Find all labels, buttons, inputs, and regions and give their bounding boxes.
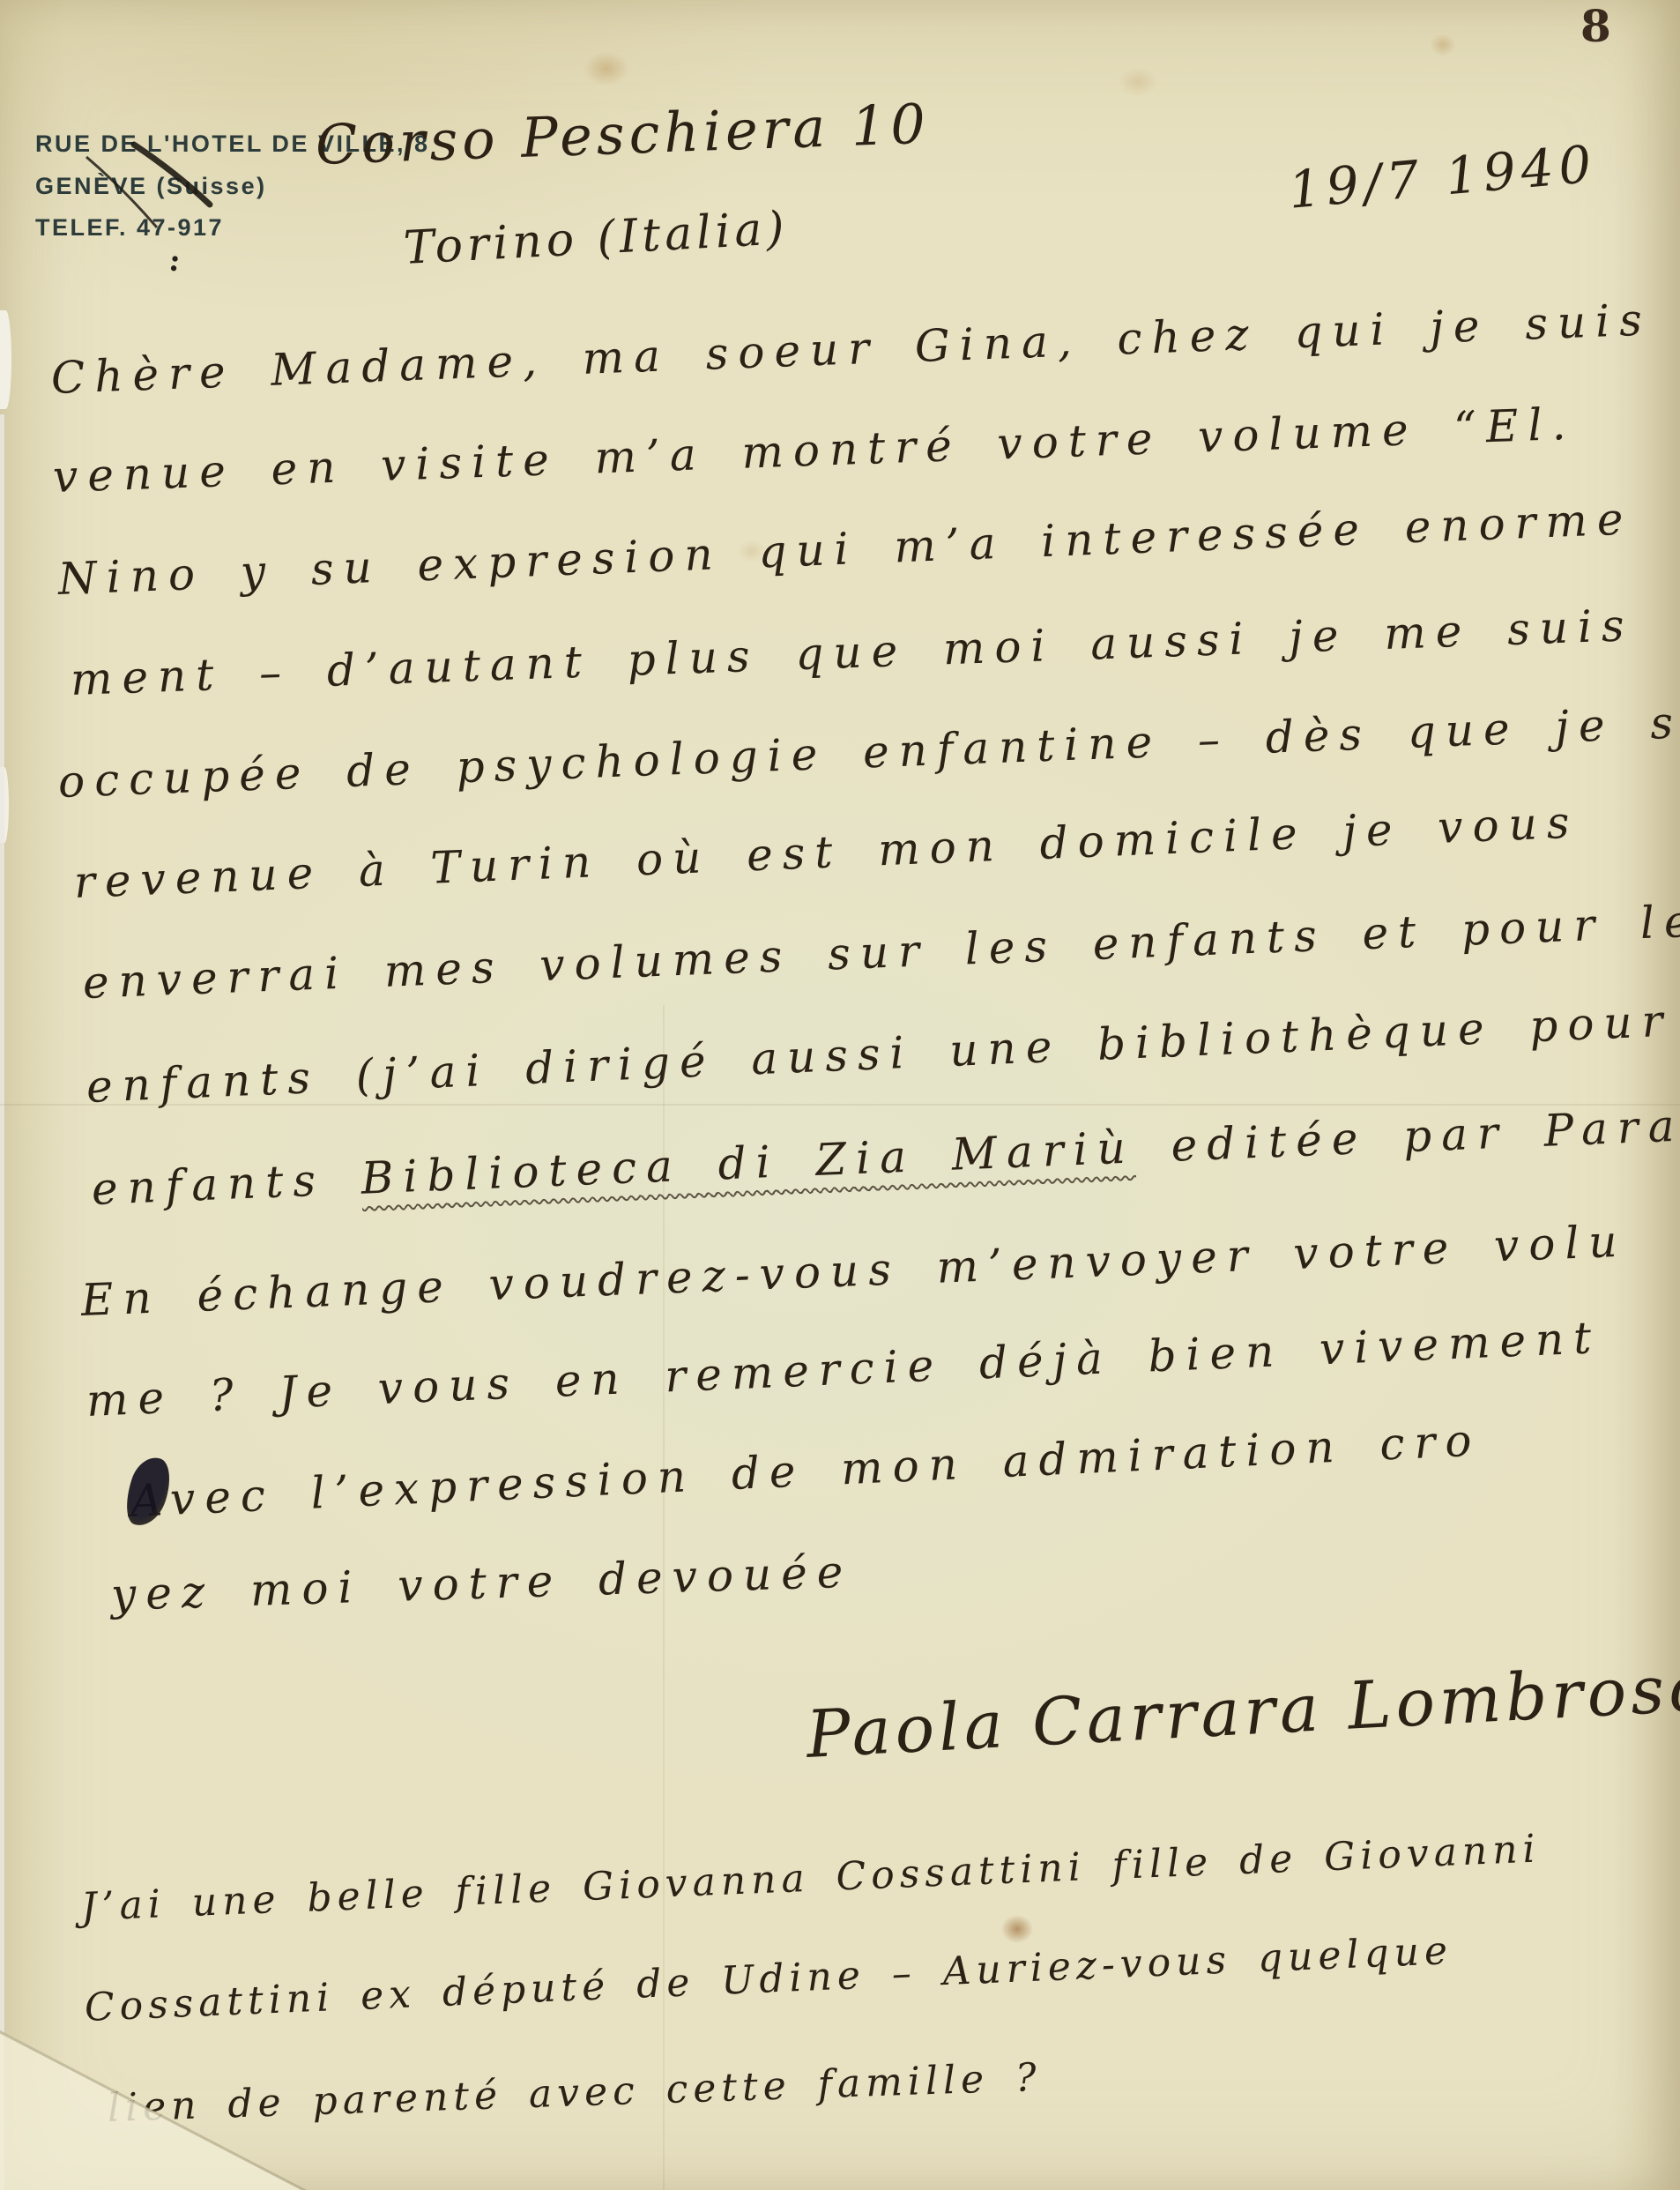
body-line: enverrai mes volumes sur les enfants et … — [82, 894, 1680, 1009]
sender-street: Corso Peschiera 10 — [315, 92, 931, 177]
body-line: me ? Je vous en remercie déjà bien vivem… — [85, 1312, 1602, 1426]
torn-edge-notch — [0, 310, 11, 409]
body-line: venue en visite m’a montré votre volume … — [52, 399, 1576, 503]
body-line: Avec l’expression de mon admiration cro — [130, 1414, 1483, 1527]
signature: Paola Carrara Lombroso — [805, 1650, 1680, 1773]
page-number: 8 — [1580, 0, 1611, 52]
ink-dots-mark: : — [167, 242, 182, 279]
letterhead-city: GENÈVE (Suisse) — [35, 173, 429, 200]
body-line-underlined: enfants Biblioteca di Zia Mariù editée p… — [91, 1095, 1680, 1215]
letter-page: 8 RUE DE L'HOTEL DE VILLE, 8 GENÈVE (Sui… — [0, 0, 1680, 2190]
body-line: Nino y su expresion qui m’a interessée e… — [57, 493, 1634, 605]
paper-edge — [0, 414, 4, 2190]
body-line: yez moi votre devouée — [110, 1546, 853, 1620]
vertical-fold-crease — [663, 1005, 665, 2190]
body-line: enfants (j’ai dirigé aussi une bibliothè… — [85, 995, 1674, 1113]
underline-prefix: enfants — [91, 1153, 362, 1215]
sender-city: Torino (Italia) — [402, 202, 790, 275]
underline-suffix: editée par Paravia) — [1134, 1095, 1680, 1173]
postscript-line: J’ai une belle fille Giovanna Cossattini… — [80, 1827, 1542, 1930]
body-line: Chère Madame, ma soeur Gina, chez qui je… — [50, 294, 1653, 404]
letter-date: 19/7 1940 — [1286, 134, 1599, 220]
body-line: ment – d’autant plus que moi aussi je me… — [70, 600, 1634, 705]
underlined-phrase: Biblioteca di Zia Mariù — [361, 1121, 1136, 1203]
postscript-line: Cossattini ex député de Udine – Auriez-v… — [84, 1928, 1453, 2030]
body-line: En échange voudrez-vous m’envoyer votre … — [80, 1216, 1628, 1326]
stain-spot — [1118, 67, 1158, 97]
postscript-line: lien de parenté avec cette famille ? — [107, 2055, 1042, 2131]
body-line: occupée de psychologie enfantine – dès q… — [57, 691, 1680, 808]
horizontal-fold-crease — [0, 1104, 1680, 1106]
body-line: revenue à Turin où est mon domicile je v… — [73, 796, 1580, 908]
stain-spot — [1001, 1915, 1033, 1943]
letterhead-phone: TELEF. 47-917 — [35, 214, 429, 242]
stain-spot — [584, 51, 629, 86]
stain-spot — [1430, 34, 1456, 56]
